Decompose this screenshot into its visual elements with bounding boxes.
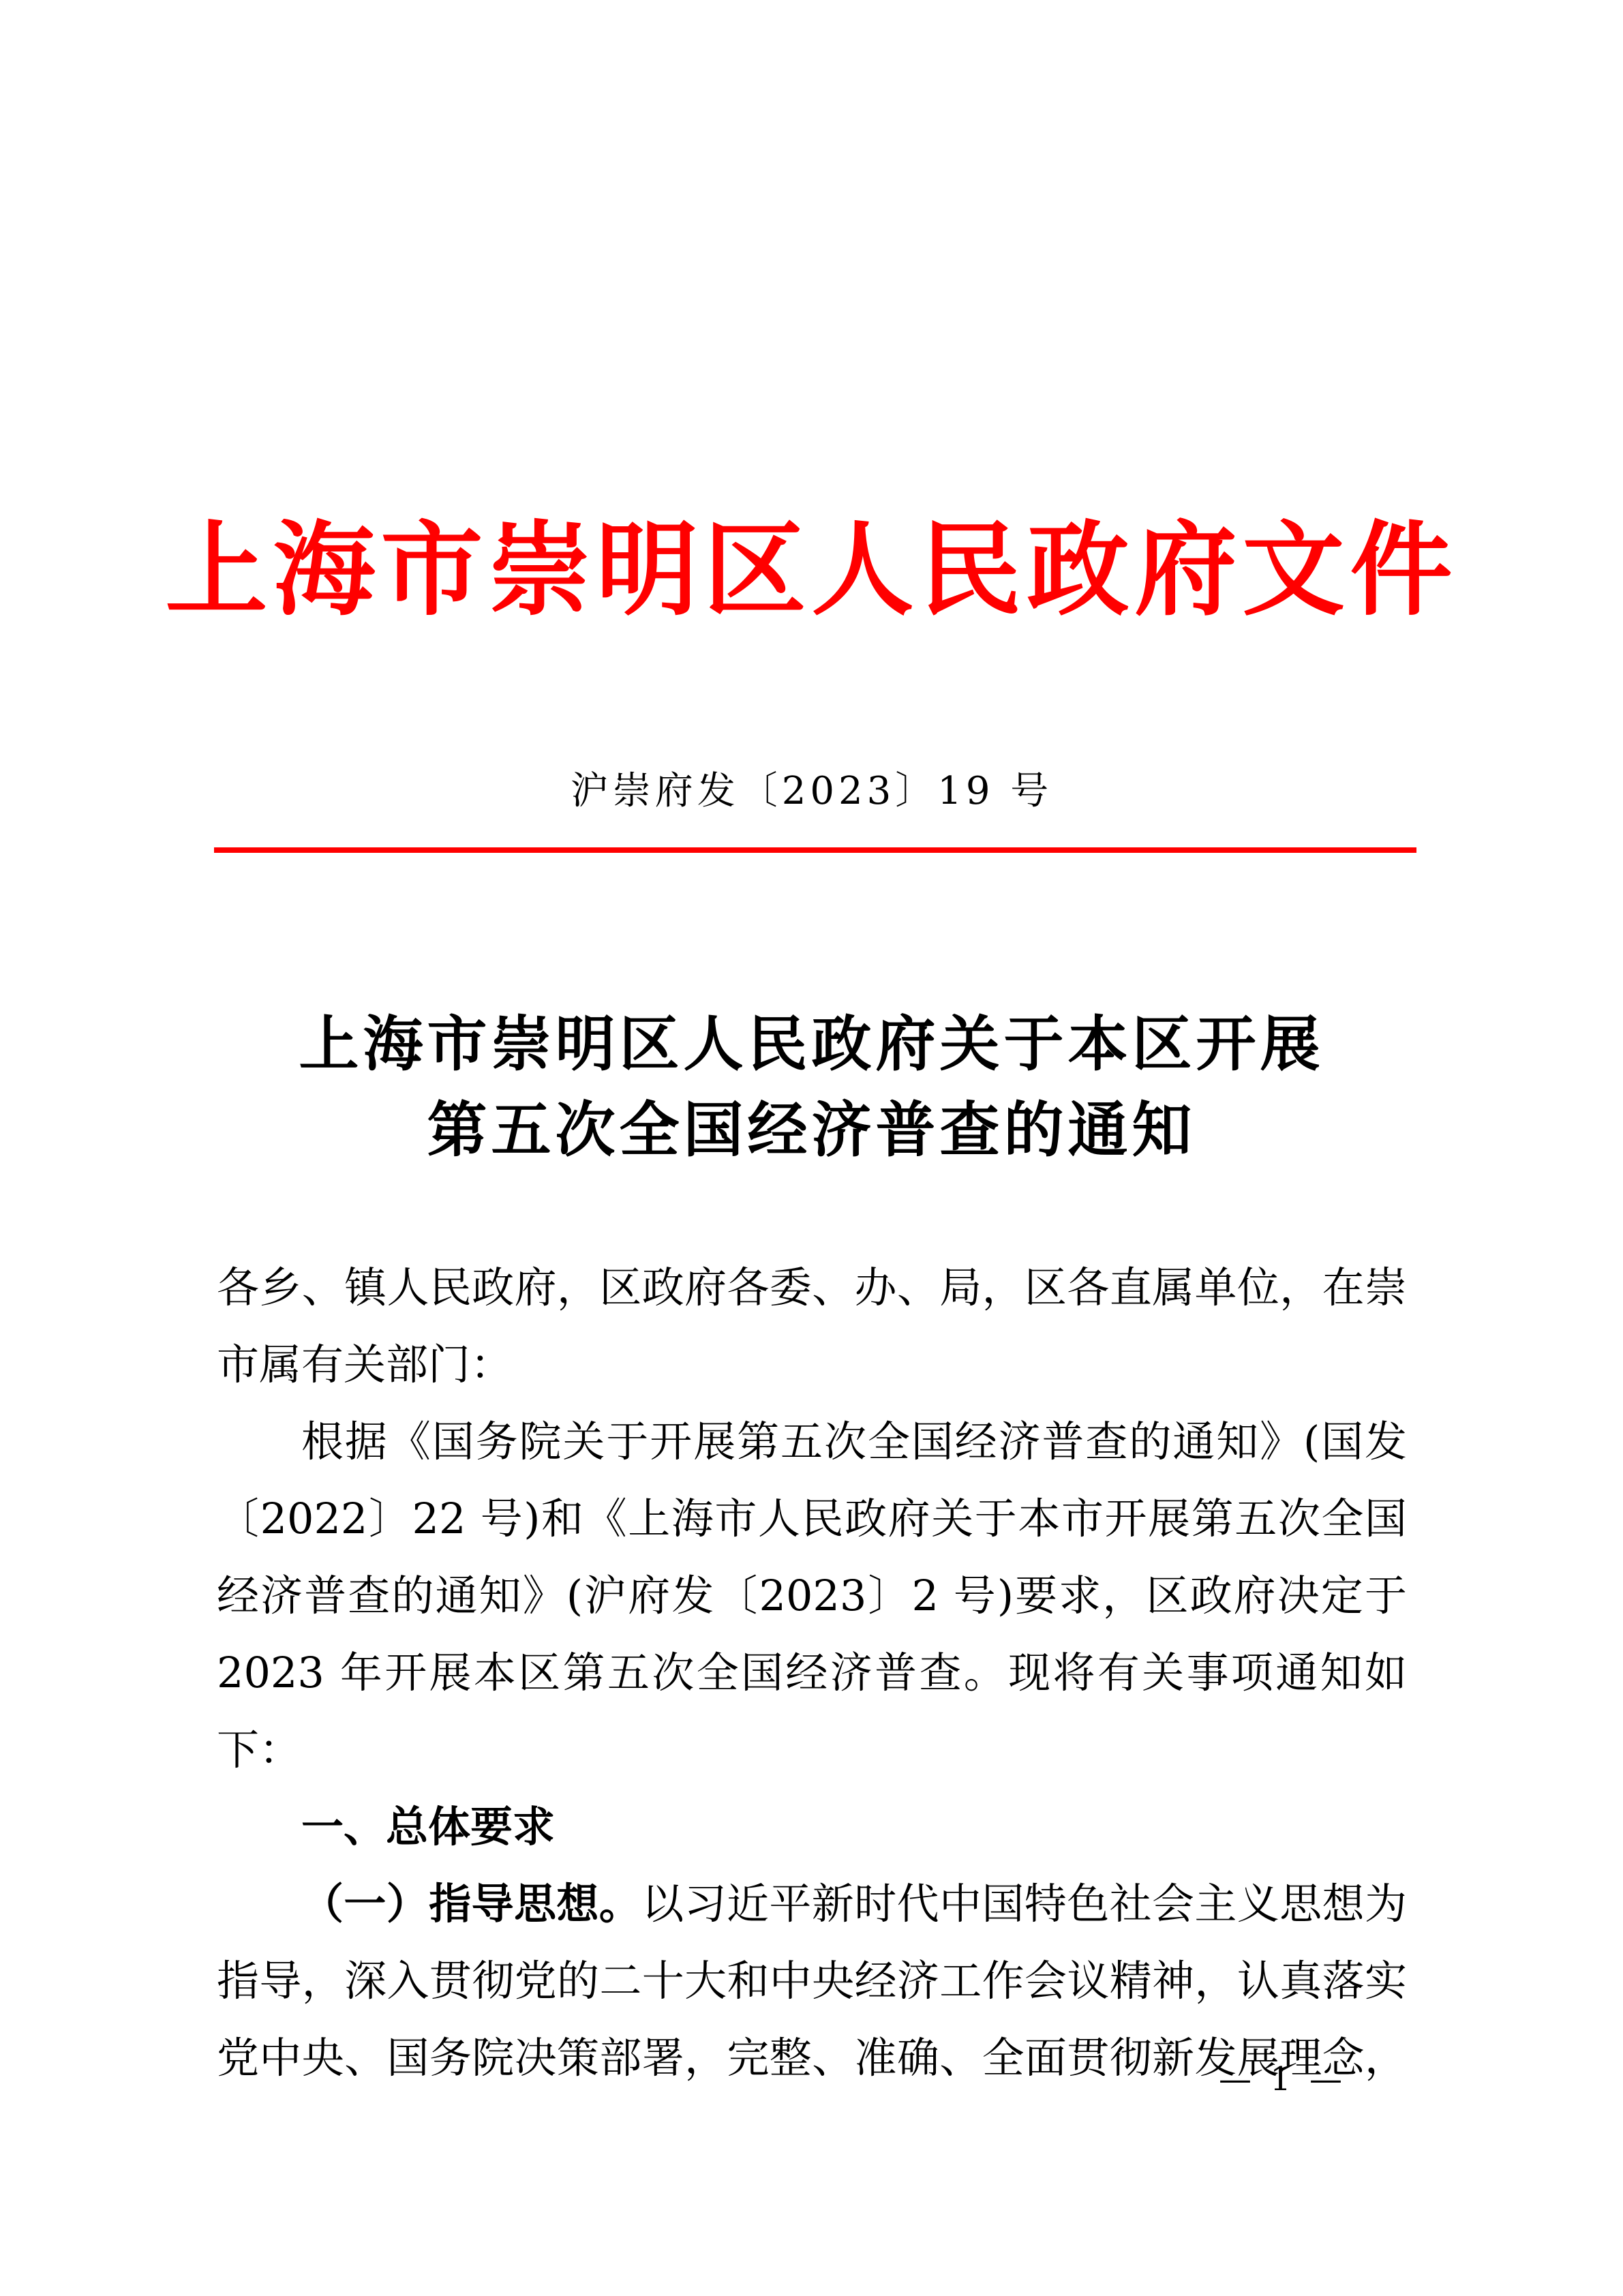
paragraph-basis: 根据《国务院关于开展第五次全国经济普查的通知》(国发〔2022〕22 号)和《上… [217, 1403, 1407, 1788]
page-number: — 1 — [1219, 2060, 1346, 2098]
red-divider-line [214, 847, 1416, 853]
document-title-line1: 上海市崇明区人民政府关于本区开展 [0, 1001, 1623, 1087]
doc-number: 沪崇府发〔2023〕19 号 [0, 768, 1623, 815]
section-heading-overall-requirements: 一、总体要求 [217, 1788, 1407, 1865]
document-title-line2: 第五次全国经济普查的通知 [0, 1087, 1623, 1173]
salutation-line: 各乡、镇人民政府，区政府各委、办、局，区各直属单位，在崇市属有关部门： [217, 1249, 1407, 1403]
document-page: 上海市崇明区人民政府文件 沪崇府发〔2023〕19 号 上海市崇明区人民政府关于… [0, 0, 1623, 2296]
document-title: 上海市崇明区人民政府关于本区开展 第五次全国经济普查的通知 [0, 1001, 1623, 1173]
document-body: 各乡、镇人民政府，区政府各委、办、局，区各直属单位，在崇市属有关部门： 根据《国… [217, 1249, 1407, 2096]
org-title: 上海市崇明区人民政府文件 [0, 515, 1623, 624]
item-label-guiding-ideology: （一）指导思想。 [301, 1879, 641, 1929]
